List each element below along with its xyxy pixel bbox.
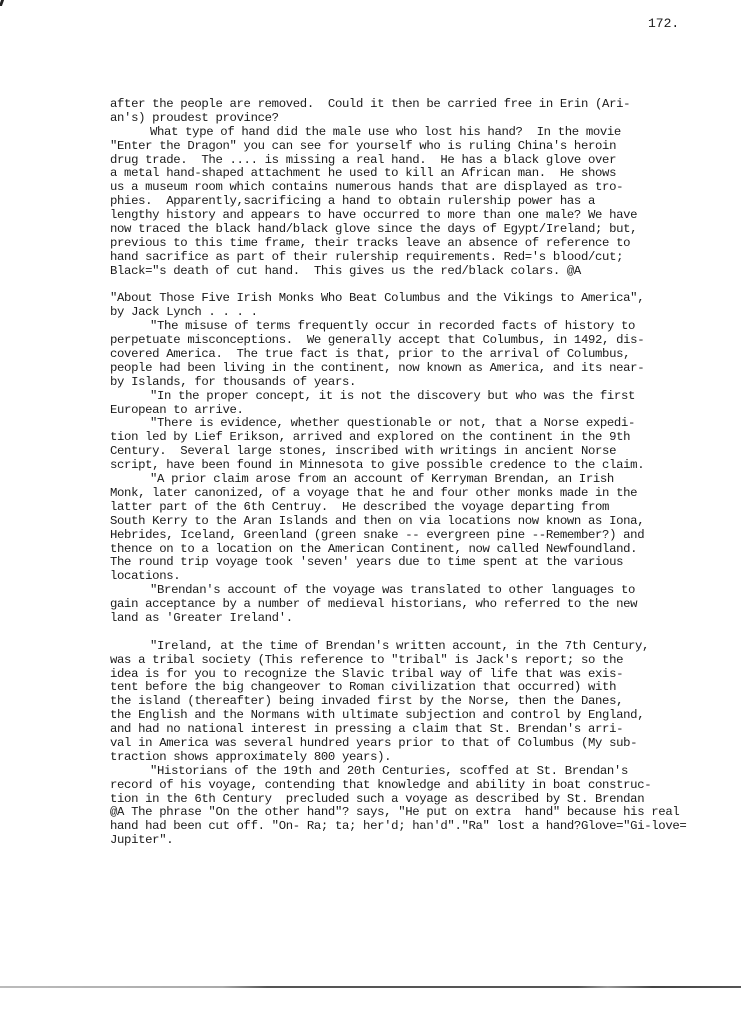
- text-line: people had been living in the continent,…: [110, 362, 740, 376]
- document-body: after the people are removed. Could it t…: [110, 98, 740, 848]
- text-line: "There is evidence, whether questionable…: [110, 417, 740, 431]
- text-line: an's) proudest province?: [110, 112, 740, 126]
- text-line: locations.: [110, 570, 740, 584]
- text-line: val in America was several hundred years…: [110, 737, 740, 751]
- text-line: traction shows approximately 800 years).: [110, 751, 740, 765]
- text-line: perpetuate misconceptions. We generally …: [110, 334, 740, 348]
- scan-mark: [0, 0, 4, 6]
- text-line: thence on to a location on the American …: [110, 543, 740, 557]
- text-line: South Kerry to the Aran Islands and then…: [110, 515, 740, 529]
- text-line: a metal hand-shaped attachment he used t…: [110, 167, 740, 181]
- text-line: the English and the Normans with ultimat…: [110, 709, 740, 723]
- text-line: idea is for you to recognize the Slavic …: [110, 668, 740, 682]
- text-line: covered America. The true fact is that, …: [110, 348, 740, 362]
- text-line: gain acceptance by a number of medieval …: [110, 598, 740, 612]
- text-line: tion in the 6th Century precluded such a…: [110, 793, 740, 807]
- paragraph-gap: [110, 279, 740, 293]
- paragraph-gap: [110, 626, 740, 640]
- text-line: tent before the big changeover to Roman …: [110, 681, 740, 695]
- text-line: Jupiter".: [110, 834, 740, 848]
- text-line: The round trip voyage took 'seven' years…: [110, 556, 740, 570]
- text-line: Century. Several large stones, inscribed…: [110, 445, 740, 459]
- text-line: hand sacrifice as part of their rulershi…: [110, 251, 740, 265]
- text-line: and had no national interest in pressing…: [110, 723, 740, 737]
- text-line: "The misuse of terms frequently occur in…: [110, 320, 740, 334]
- text-line: Black="s death of cut hand. This gives u…: [110, 265, 740, 279]
- text-line: after the people are removed. Could it t…: [110, 98, 740, 112]
- text-line: @A The phrase "On the other hand"? says,…: [110, 806, 740, 820]
- text-line: previous to this time frame, their track…: [110, 237, 740, 251]
- text-line: "A prior claim arose from an account of …: [110, 473, 740, 487]
- text-line: "Historians of the 19th and 20th Centuri…: [110, 765, 740, 779]
- text-line: us a museum room which contains numerous…: [110, 181, 740, 195]
- text-line: script, have been found in Minnesota to …: [110, 459, 740, 473]
- text-line: by Islands, for thousands of years.: [110, 376, 740, 390]
- text-line: "Ireland, at the time of Brendan's writt…: [110, 640, 740, 654]
- text-line: was a tribal society (This reference to …: [110, 654, 740, 668]
- text-line: record of his voyage, contending that kn…: [110, 779, 740, 793]
- text-line: "About Those Five Irish Monks Who Beat C…: [110, 292, 740, 306]
- text-line: latter part of the 6th Centruy. He descr…: [110, 501, 740, 515]
- text-line: drug trade. The .... is missing a real h…: [110, 154, 740, 168]
- text-line: "Enter the Dragon" you can see for yours…: [110, 140, 740, 154]
- text-line: by Jack Lynch . . . .: [110, 306, 740, 320]
- text-line: now traced the black hand/black glove si…: [110, 223, 740, 237]
- text-line: lengthy history and appears to have occu…: [110, 209, 740, 223]
- text-line: Monk, later canonized, of a voyage that …: [110, 487, 740, 501]
- bottom-rule: [0, 986, 741, 988]
- page-number: 172.: [648, 16, 679, 31]
- text-line: the island (thereafter) being invaded fi…: [110, 695, 740, 709]
- text-line: land as 'Greater Ireland'.: [110, 612, 740, 626]
- text-line: tion led by Lief Erikson, arrived and ex…: [110, 431, 740, 445]
- text-line: What type of hand did the male use who l…: [110, 126, 740, 140]
- text-line: phies. Apparently,sacrificing a hand to …: [110, 195, 740, 209]
- text-line: European to arrive.: [110, 404, 740, 418]
- text-line: Hebrides, Iceland, Greenland (green snak…: [110, 529, 740, 543]
- text-line: "In the proper concept, it is not the di…: [110, 390, 740, 404]
- text-line: hand had been cut off. "On- Ra; ta; her'…: [110, 820, 740, 834]
- text-line: "Brendan's account of the voyage was tra…: [110, 584, 740, 598]
